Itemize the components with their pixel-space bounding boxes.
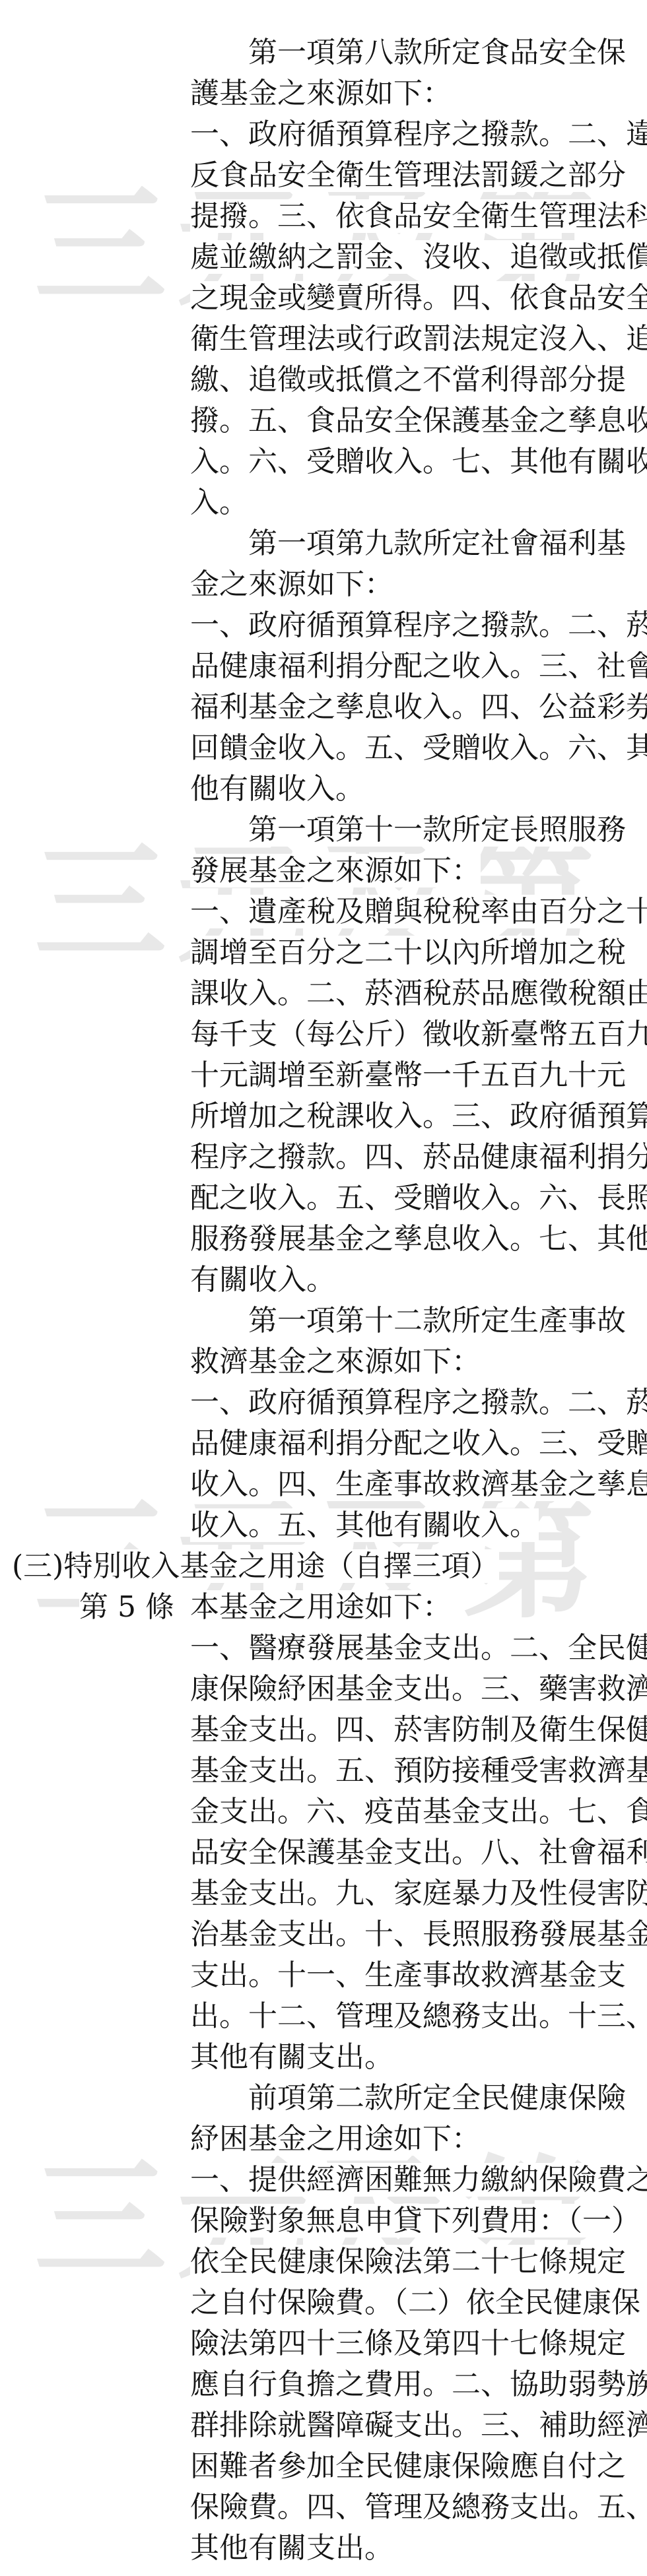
text-line: 一、提供經濟困難無力繳納保險費之 [190,2160,647,2201]
line-text: 一、政府循預算程序之撥款。二、違 [190,117,647,151]
text-line: 康保險紓困基金支出。三、藥害救濟 [190,1669,647,1710]
line-text: 調增至百分之二十以內所增加之稅 [190,936,626,969]
line-text: 品健康福利捐分配之收入。三、受贈 [190,1427,647,1460]
line-text: 反食品安全衛生管理法罰鍰之部分 [190,158,626,192]
text-line: 發展基金之來源如下： [190,851,647,891]
text-line: 每千支（每公斤）徵收新臺幣五百九 [190,1014,647,1055]
text-line: 一、政府循預算程序之撥款。二、違 [190,114,647,155]
line-text: 其他有關支出。 [190,2040,393,2074]
text-line: 一、遺產稅及贈與稅稅率由百分之十 [190,891,647,932]
line-text: 其他有關支出。 [190,2531,393,2565]
text-line: 配之收入。五、受贈收入。六、長照 [190,1178,647,1219]
text-line: 之自付保險費。（二）依全民健康保 [190,2282,647,2323]
paragraph-first-line: 前項第二款所定全民健康保險 [248,2078,647,2119]
line-text: 應自行負擔之費用。二、協助弱勢族 [190,2367,647,2401]
text-line: 入。六、受贈收入。七、其他有關收 [190,441,647,482]
text-line: 基金支出。五、預防接種受害救濟基 [190,1751,647,1791]
line-text: 紓困基金之用途如下： [190,2122,481,2156]
text-line: 十元調增至新臺幣一千五百九十元 [190,1055,647,1096]
article-number: 第 5 條 [79,1587,190,1628]
line-text: 處並繳納之罰金、沒收、追徵或抵償 [190,240,647,274]
text-line: 其他有關支出。 [190,2037,647,2078]
line-text: 每千支（每公斤）徵收新臺幣五百九 [190,1017,647,1051]
line-text: 一、政府循預算程序之撥款。二、菸 [190,1386,647,1419]
text-line: 基金支出。九、家庭暴力及性侵害防 [190,1873,647,1914]
text-line: 入。 [190,482,647,523]
text-line: 依全民健康保險法第二十七條規定 [190,2241,647,2282]
line-text: 險法第四十三條及第四十七條規定 [190,2327,626,2360]
text-line: 基金支出。四、菸害防制及衛生保健 [190,1710,647,1751]
line-text: 服務發展基金之孳息收入。七、其他 [190,1222,647,1256]
line-text: 依全民健康保險法第二十七條規定 [190,2245,626,2278]
line-text: 一、提供經濟困難無力繳納保險費之 [190,2163,647,2197]
text-line: 一、政府循預算程序之撥款。二、菸 [190,605,647,646]
line-text: (三)特別收入基金之用途（自擇三項） [12,1549,499,1583]
line-text: 入。六、受贈收入。七、其他有關收 [190,445,647,478]
text-line: 保險費。四、管理及總務支出。五、 [190,2487,647,2528]
line-text: 康保險紓困基金支出。三、藥害救濟 [190,1672,647,1706]
line-text: 前項第二款所定全民健康保險 [248,2081,626,2115]
paragraph-first-line: 第一項第九款所定社會福利基 [248,523,647,564]
text-line: 應自行負擔之費用。二、協助弱勢族 [190,2364,647,2405]
text-line: 服務發展基金之孳息收入。七、其他 [190,1219,647,1260]
text-line: 收入。五、其他有關收入。 [190,1505,647,1546]
text-line: 撥。五、食品安全保護基金之孳息收 [190,401,647,441]
line-text: 第一項第八款所定食品安全保 [248,36,626,69]
text-line: 出。十二、管理及總務支出。十三、 [190,1996,647,2037]
line-text: 出。十二、管理及總務支出。十三、 [190,1999,647,2033]
line-text: 支出。十一、生產事故救濟基金支 [190,1958,626,1992]
line-text: 品安全保護基金支出。八、社會福利 [190,1836,647,1869]
line-text: 群排除就醫障礙支出。三、補助經濟 [190,2408,647,2442]
line-text: 福利基金之孳息收入。四、公益彩券 [190,690,647,724]
paragraph-first-line: 第一項第八款所定食品安全保 [248,32,647,73]
line-text: 程序之撥款。四、菸品健康福利捐分 [190,1140,647,1174]
text-line: 收入。四、生產事故救濟基金之孳息 [190,1464,647,1505]
text-line: 有關收入。 [190,1260,647,1301]
line-text: 提撥。三、依食品安全衛生管理法科 [190,199,647,233]
line-text: 發展基金之來源如下： [190,854,481,887]
line-text: 保險對象無息申貸下列費用：（一） [190,2204,640,2238]
line-text: 十元調增至新臺幣一千五百九十元 [190,1058,626,1092]
text-line: 紓困基金之用途如下： [190,2119,647,2160]
text-line: 回饋金收入。五、受贈收入。六、其 [190,728,647,769]
document-page: 三元及第三元及第三元及第三元及第 第一項第八款所定食品安全保護基金之來源如下：一… [0,0,647,2576]
text-line: 金支出。六、疫苗基金支出。七、食 [190,1791,647,1832]
line-text: 課收入。二、菸酒稅菸品應徵稅額由 [190,977,647,1010]
line-text: 保險費。四、管理及總務支出。五、 [190,2490,647,2524]
text-line: 提撥。三、依食品安全衛生管理法科 [190,196,647,237]
text-line: 一、醫療發展基金支出。二、全民健 [190,1628,647,1669]
text-line: 處並繳納之罰金、沒收、追徵或抵償 [190,237,647,278]
text-line: 險法第四十三條及第四十七條規定 [190,2323,647,2364]
line-text: 治基金支出。十、長照服務發展基金 [190,1917,647,1951]
text-line: 之現金或變賣所得。四、依食品安全 [190,278,647,319]
text-line: 反食品安全衛生管理法罰鍰之部分 [190,155,647,196]
line-text: 撥。五、食品安全保護基金之孳息收 [190,404,647,437]
text-line: 治基金支出。十、長照服務發展基金 [190,1914,647,1955]
line-text: 本基金之用途如下： [190,1590,452,1624]
line-text: 一、政府循預算程序之撥款。二、菸 [190,608,647,642]
line-text: 收入。五、其他有關收入。 [190,1508,539,1542]
section-heading: (三)特別收入基金之用途（自擇三項） [12,1546,647,1587]
line-text: 基金支出。五、預防接種受害救濟基 [190,1754,647,1787]
line-text: 第一項第九款所定社會福利基 [248,527,626,560]
paragraph-first-line: 第一項第十二款所定生產事故 [248,1301,647,1341]
text-line: 品健康福利捐分配之收入。三、受贈 [190,1423,647,1464]
line-text: 第一項第十一款所定長照服務 [248,813,626,847]
document-lines: 第一項第八款所定食品安全保護基金之來源如下：一、政府循預算程序之撥款。二、違反食… [0,32,647,2569]
text-line: 支出。十一、生產事故救濟基金支 [190,1955,647,1996]
text-line: 他有關收入。 [190,769,647,810]
line-text: 金之來源如下： [190,567,393,601]
line-text: 衛生管理法或行政罰法規定沒入、追 [190,322,647,356]
text-line: 程序之撥款。四、菸品健康福利捐分 [190,1137,647,1178]
text-line: 救濟基金之來源如下： [190,1341,647,1382]
line-text: 之自付保險費。（二）依全民健康保 [190,2286,640,2319]
text-line: 繳、追徵或抵償之不當利得部分提 [190,360,647,401]
text-line: 品安全保護基金支出。八、社會福利 [190,1832,647,1873]
text-line: 課收入。二、菸酒稅菸品應徵稅額由 [190,973,647,1014]
line-text: 有關收入。 [190,1263,335,1297]
text-line: 品健康福利捐分配之收入。三、社會 [190,646,647,687]
line-text: 配之收入。五、受贈收入。六、長照 [190,1181,647,1215]
line-text: 金支出。六、疫苗基金支出。七、食 [190,1795,647,1828]
line-text: 一、醫療發展基金支出。二、全民健 [190,1631,647,1665]
text-line: 其他有關支出。 [190,2528,647,2569]
line-text: 第一項第十二款所定生產事故 [248,1304,626,1337]
text-line: 困難者參加全民健康保險應自付之 [190,2446,647,2487]
text-line: 福利基金之孳息收入。四、公益彩券 [190,687,647,728]
article-line: 第 5 條本基金之用途如下： [79,1587,647,1628]
line-text: 品健康福利捐分配之收入。三、社會 [190,649,647,683]
text-line: 保險對象無息申貸下列費用：（一） [190,2201,647,2241]
line-text: 基金支出。四、菸害防制及衛生保健 [190,1713,647,1747]
line-text: 護基金之來源如下： [190,77,452,110]
text-line: 所增加之稅課收入。三、政府循預算 [190,1096,647,1137]
line-text: 基金支出。九、家庭暴力及性侵害防 [190,1877,647,1910]
line-text: 回饋金收入。五、受贈收入。六、其 [190,731,647,765]
line-text: 入。 [190,486,248,519]
line-text: 繳、追徵或抵償之不當利得部分提 [190,363,626,397]
line-text: 一、遺產稅及贈與稅稅率由百分之十 [190,895,647,928]
line-text: 收入。四、生產事故救濟基金之孳息 [190,1467,647,1501]
line-text: 所增加之稅課收入。三、政府循預算 [190,1099,647,1133]
line-text: 救濟基金之來源如下： [190,1345,481,1378]
text-line: 護基金之來源如下： [190,73,647,114]
paragraph-first-line: 第一項第十一款所定長照服務 [248,810,647,851]
text-line: 群排除就醫障礙支出。三、補助經濟 [190,2405,647,2446]
text-line: 一、政府循預算程序之撥款。二、菸 [190,1382,647,1423]
text-line: 衛生管理法或行政罰法規定沒入、追 [190,319,647,360]
text-line: 金之來源如下： [190,564,647,605]
line-text: 困難者參加全民健康保險應自付之 [190,2449,626,2483]
line-text: 之現金或變賣所得。四、依食品安全 [190,281,647,315]
text-line: 調增至百分之二十以內所增加之稅 [190,932,647,973]
line-text: 他有關收入。 [190,772,364,806]
